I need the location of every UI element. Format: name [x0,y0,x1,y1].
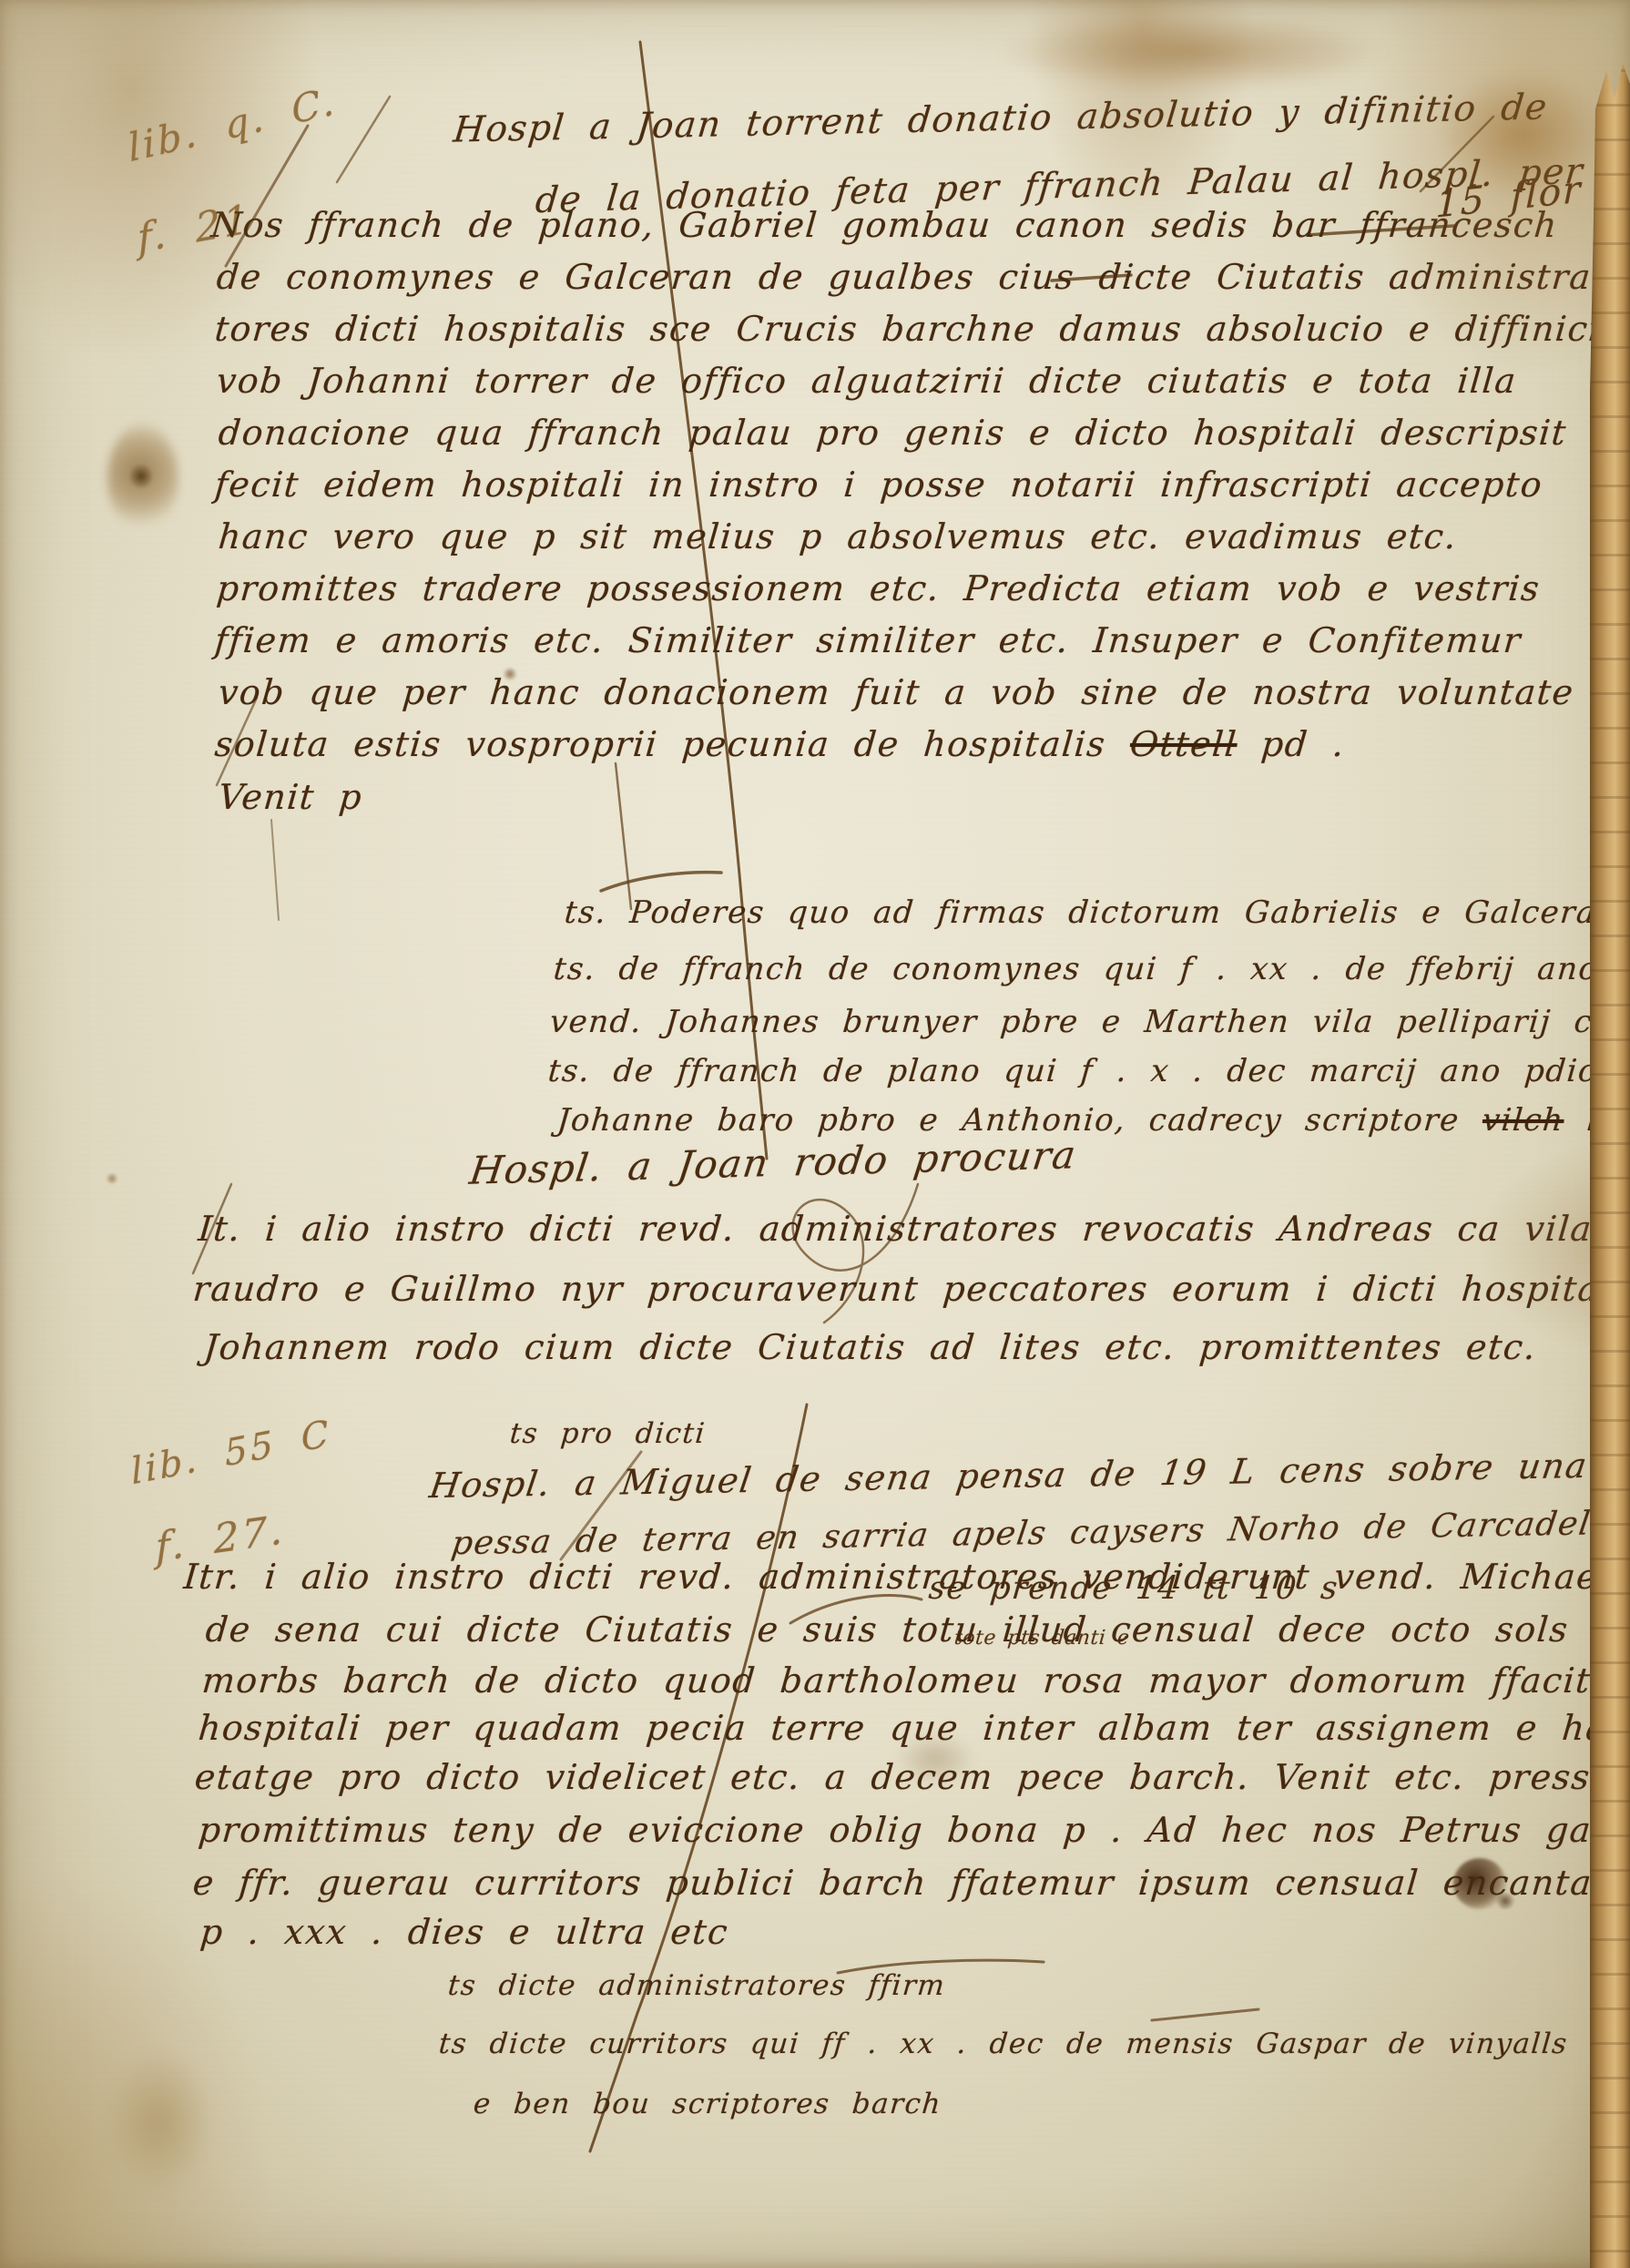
edge-stain [109,2054,209,2191]
underline-stroke [1052,275,1131,281]
witness2-line: ts dicte administratores ffirm [446,1969,946,2002]
strikethrough-word: vilch [1481,1102,1565,1139]
record1-line: de conomynes e Galceran de gualbes cius … [215,260,1593,294]
margin-slash [193,1184,231,1273]
record1-text: soluta estis vosproprii pecunia de hospi… [213,724,1132,764]
cancellation-stroke [590,1405,807,2151]
record2-line: Johannem rodo cium dicte Ciutatis ad lit… [202,1330,1538,1364]
record1-line: ffiem e amoris etc. Similiter similiter … [213,623,1523,658]
ink-smudge [897,1735,973,1783]
margin-slash [337,97,390,182]
cancellation-stroke [616,763,631,909]
margin-folio-reference: f. 21 [136,196,252,262]
entry-title-line-2: de la donatio feta per ffranch Palau al … [534,151,1585,221]
entry-title-amount: 15 flor [1435,167,1582,226]
record2-line: raudro e Guillmo nyr procuraverunt pecca… [191,1272,1630,1306]
record1-text: pd . [1236,724,1347,764]
entry-heading-rodo: Hospl. a Joan rodo procura [467,1132,1080,1193]
record1-closing-word: Venit p [217,780,364,814]
ink-blot [1453,1858,1506,1909]
ink-stain [129,463,153,490]
ink-stain [107,424,178,533]
margin-book-reference: lib. q. C. [126,78,339,171]
record1-line-with-strikeout: soluta estis vosproprii pecunia de hospi… [213,727,1346,761]
record3-closing-line: p . xxx . dies e ultra etc [199,1915,729,1949]
record3-line: de sena cui dicte Ciutatis e suis totu i… [204,1612,1570,1647]
ink-blot [1495,1893,1515,1909]
foxing-spot [503,668,517,680]
pen-strokes-overlay [0,0,1630,2268]
strikethrough-word: Ottell [1128,724,1238,764]
record1-line: fecit eidem hospitali in instro i posse … [213,467,1544,502]
margin-folio-reference: f. 27. [155,1507,286,1571]
record1-line: hanc vero que p sit melius p absolvemus … [217,519,1458,554]
underline-stroke [1307,226,1453,235]
record1-line: Nos ffranch de plano, Gabriel gombau can… [209,208,1559,242]
witness1-line-with-strikeout: Johanne baro pbro e Anthonio, cadrecy sc… [555,1102,1630,1139]
record2-line: It. i alio instro dicti revd. administra… [197,1211,1594,1246]
photograph-backdrop: lib. q. C. f. 21 Hospl a Joan torrent do… [0,0,1630,2268]
witness1-line: ts. de ffranch de conomynes qui f . xx .… [552,951,1630,987]
overline-flourish [838,1960,1044,1973]
record1-line: vob Johanni torrer de offico alguatzirii… [215,363,1518,398]
record3-line: promittimus teny de eviccione oblig bona… [197,1813,1630,1847]
record1-line: vob que per hanc donacionem fuit a vob s… [217,675,1575,710]
record3-line: morbs barch de dicto quod bartholomeu ro… [200,1663,1630,1698]
margin-slash [226,126,308,266]
record3-line: e ffr. guerau curritors publici barch ff… [191,1865,1630,1900]
witness-abbreviation-note: ts pro dicti [508,1417,707,1450]
entry-heading-sena-line-2: pessa de terra en sarria apels caysers N… [449,1503,1630,1563]
record3-line: hospitali per quadam pecia terre que int… [197,1711,1630,1745]
price-slash [1421,117,1493,191]
adjacent-leaf-edge [1590,0,1630,2268]
record3-line: Itr. i alio instro dicti revd. administr… [182,1559,1625,1594]
record1-line: promittes tradere possessionem etc. Pred… [215,571,1542,606]
entry-heading-sena-amount: se prende 14 tt 10 s [927,1570,1340,1607]
signature-flourish [793,1184,918,1323]
overline-flourish [1152,2009,1258,2020]
margin-slash [561,1452,641,1559]
edge-stain [1439,71,1603,199]
record1-line: tores dicti hospitalis sce Crucis barchn… [213,312,1625,346]
descender-stroke [271,820,279,920]
witness1-line: ts. de ffranch de plano qui f . x . dec … [546,1053,1630,1089]
witness2-line: e ben bou scriptores barch [472,2088,942,2120]
interlinear-insertion: tote pts danti e [953,1627,1131,1650]
overline-flourish [601,873,721,891]
foxing-spot [106,1173,118,1184]
margin-slash [217,698,257,785]
entry-heading-sena-line-1: Hospl. a Miguel de sena pensa de 19 L ce… [427,1446,1591,1506]
witness1-line: vend. Johannes brunyer pbre e Marthen vi… [548,1004,1630,1040]
witness2-line: ts dicte curritors qui ff . xx . dec de … [437,2028,1569,2060]
record1-line: donacione qua ffranch palau pro genis e … [217,415,1568,450]
witness1-line: ts. Poderes quo ad firmas dictorum Gabri… [563,894,1630,931]
manuscript-page: lib. q. C. f. 21 Hospl a Joan torrent do… [0,0,1630,2268]
witness1-text: Johanne baro pbro e Anthonio, cadrecy sc… [555,1102,1484,1139]
cancellation-stroke [640,42,767,1159]
entry-title-line-1: Hospl a Joan torrent donatio absolutio y… [452,87,1550,150]
margin-book-reference: lib. 55 C [129,1413,333,1494]
overline-flourish [790,1596,922,1623]
record3-line: etatge pro dicto videlicet etc. a decem … [193,1760,1615,1794]
edge-stain [997,13,1389,91]
